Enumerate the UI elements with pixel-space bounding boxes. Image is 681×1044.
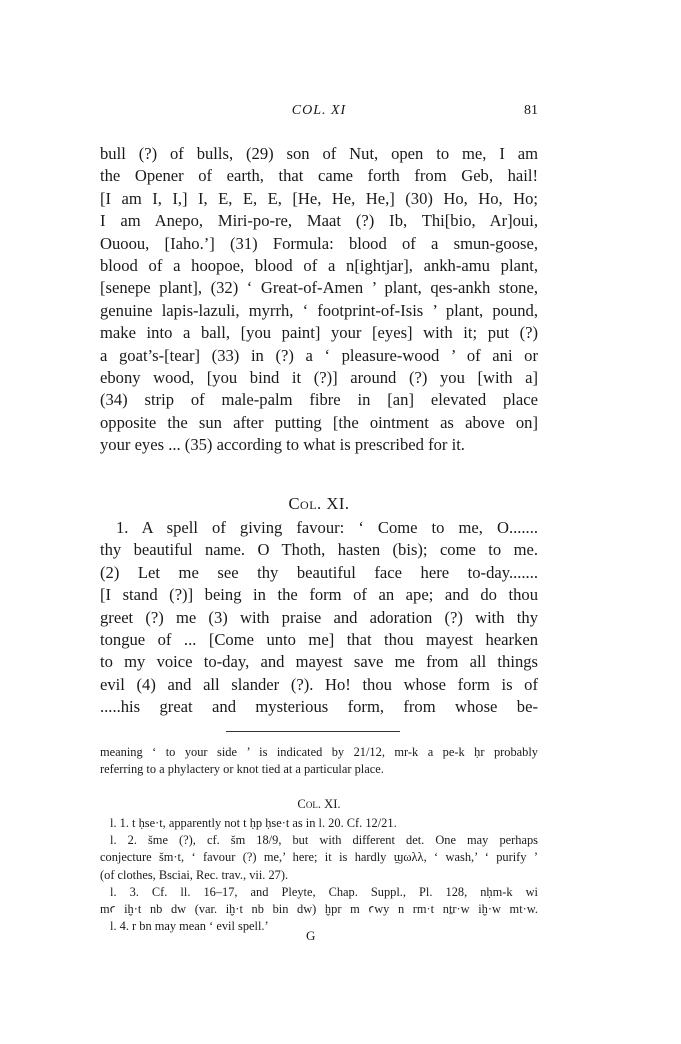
- text-line: tongue of ... [Come unto me] that thou m…: [100, 629, 538, 651]
- footnotes-heading: Col. XI.: [100, 797, 538, 812]
- footnote-line: l. 1. t ḥse·t, apparently not t ḥp ḥse·t…: [100, 815, 538, 832]
- footnote-line: l. 4. r bn may mean ‘ evil spell.’: [100, 918, 538, 935]
- running-head-title: COL. XI: [100, 103, 538, 119]
- text-line: ebony wood, [you bind it (?)] around (?)…: [100, 367, 538, 389]
- text-line: blood of a hoopoe, blood of a n[ightjar]…: [100, 255, 538, 277]
- text-line: to my voice to-day, and mayest save me f…: [100, 651, 538, 673]
- text-line: opposite the sun after putting [the oint…: [100, 412, 538, 434]
- text-line: your eyes ... (35) according to what is …: [100, 434, 538, 456]
- text-line: evil (4) and all slander (?). Ho! thou w…: [100, 674, 538, 696]
- text-line: the Opener of earth, that came forth fro…: [100, 165, 538, 187]
- footnote-line: l. 3. Cf. ll. 16–17, and Pleyte, Chap. S…: [100, 884, 538, 901]
- footnote-line: referring to a phylactery or knot tied a…: [100, 761, 538, 778]
- text-line: [senepe plant], (32) ‘ Great-of-Amen ’ p…: [100, 277, 538, 299]
- text-line: [I stand (?)] being in the form of an ap…: [100, 584, 538, 606]
- footnote-line: conjecture šm·t, ‘ favour (?) me,’ here;…: [100, 849, 538, 866]
- text-line: bull (?) of bulls, (29) son of Nut, open…: [100, 143, 538, 165]
- body-text-continuation: bull (?) of bulls, (29) son of Nut, open…: [100, 143, 538, 456]
- text-line: [I am I, I,] I, E, E, E, [He, He, He,] (…: [100, 188, 538, 210]
- footnote-separator-rule: [226, 731, 400, 732]
- text-line: (2) Let me see thy beautiful face here t…: [100, 562, 538, 584]
- text-line: .....his great and mysterious form, from…: [100, 696, 538, 718]
- footnote-line: (of clothes, Bsciai, Rec. trav., vii. 27…: [100, 867, 538, 884]
- footnotes-continuation: meaning ‘ to your side ’ is indicated by…: [100, 744, 538, 778]
- book-page: COL. XI 81 bull (?) of bulls, (29) son o…: [0, 0, 681, 1044]
- text-line: Ouoou, [Iaho.’] (31) Formula: blood of a…: [100, 233, 538, 255]
- text-line: I am Anepo, Miri-po-re, Maat (?) Ib, Thi…: [100, 210, 538, 232]
- footnote-line: mꜥ iḫ·t nb dw (var. iḫ·t nb bin dw) ḫpr …: [100, 901, 538, 918]
- running-head: COL. XI 81: [100, 103, 538, 123]
- body-text-col-xi: 1. A spell of giving favour: ‘ Come to m…: [100, 517, 538, 719]
- text-line: 1. A spell of giving favour: ‘ Come to m…: [100, 517, 538, 539]
- footnotes-col-xi: l. 1. t ḥse·t, apparently not t ḥp ḥse·t…: [100, 815, 538, 935]
- page-number: 81: [524, 103, 538, 119]
- footnote-line: l. 2. šme (?), cf. šm 18/9, but with dif…: [100, 832, 538, 849]
- text-line: make into a ball, [you paint] your [eyes…: [100, 322, 538, 344]
- footnote-line: meaning ‘ to your side ’ is indicated by…: [100, 744, 538, 761]
- signature-mark: G: [306, 928, 315, 944]
- text-line: genuine lapis-lazuli, myrrh, ‘ footprint…: [100, 300, 538, 322]
- section-heading: Col. XI.: [100, 494, 538, 514]
- text-line: (34) strip of male-palm fibre in [an] el…: [100, 389, 538, 411]
- text-line: thy beautiful name. O Thoth, hasten (bis…: [100, 539, 538, 561]
- text-line: greet (?) me (3) with praise and adorati…: [100, 607, 538, 629]
- text-line: a goat’s-[tear] (33) in (?) a ‘ pleasure…: [100, 345, 538, 367]
